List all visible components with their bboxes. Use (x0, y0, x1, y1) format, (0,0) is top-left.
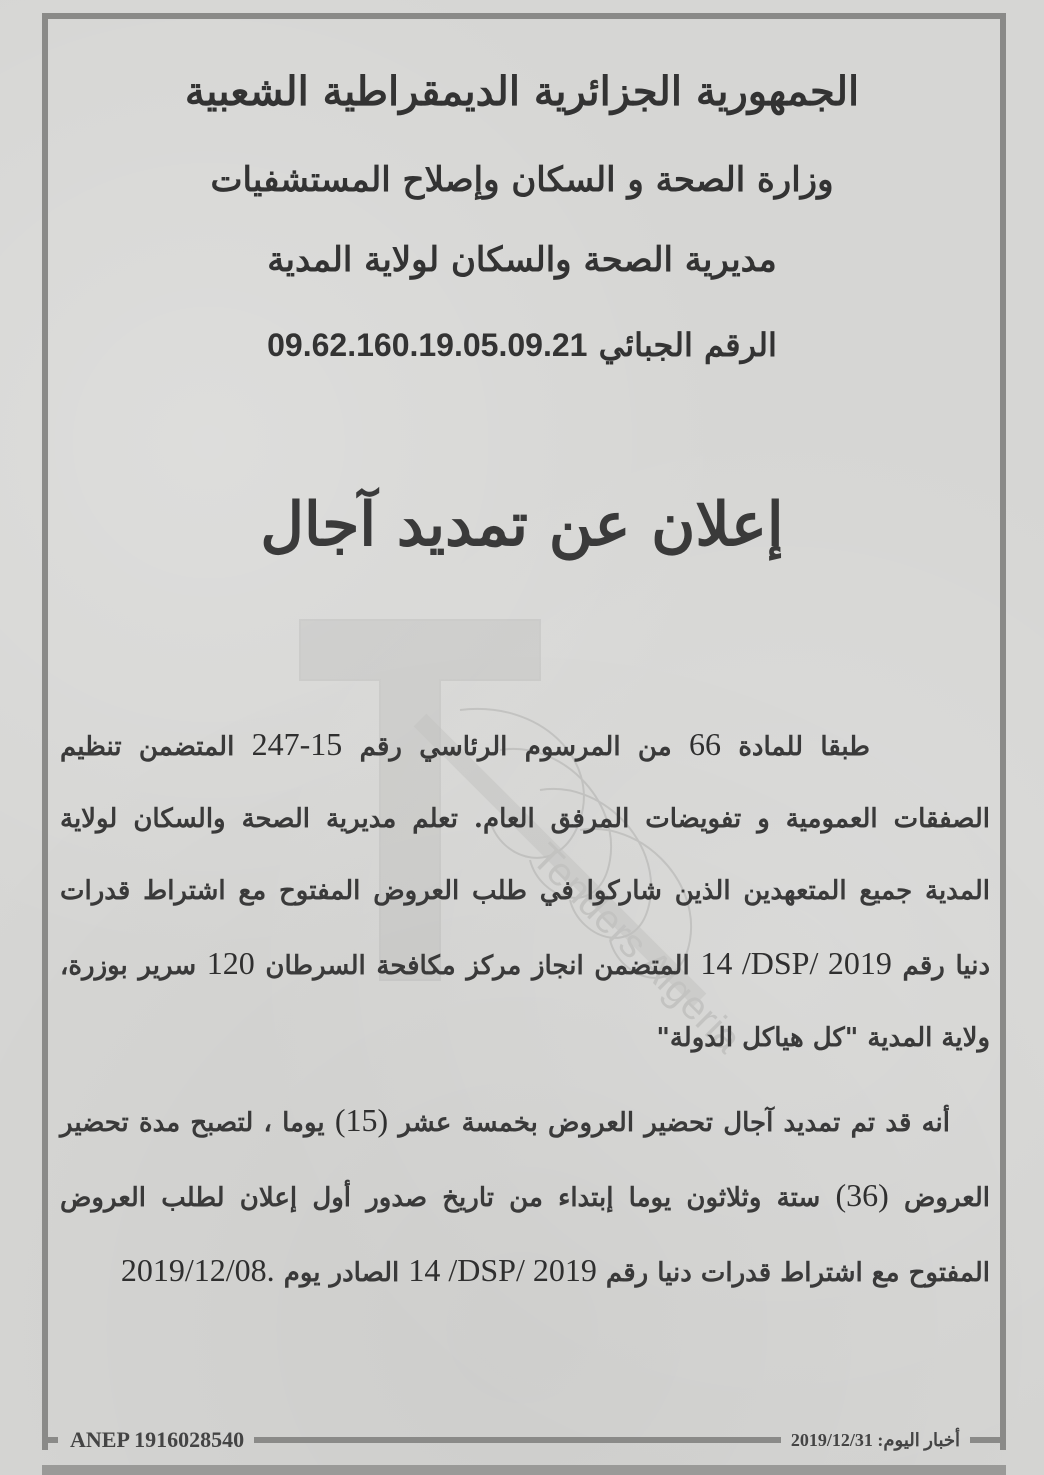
tender-reference: 14 /DSP/ 2019 (700, 945, 892, 981)
country-name: الجمهورية الجزائرية الديمقراطية الشعبية (0, 68, 1044, 115)
newspaper-source: أخبار اليوم: 2019/12/31 (791, 1430, 970, 1451)
tax-id-line: الرقم الجبائي 09.62.160.19.05.09.21 (0, 326, 1044, 364)
newspaper-label: أخبار اليوم: (877, 1430, 960, 1450)
newspaper-date: 2019/12/31 (791, 1430, 873, 1450)
extension-days: (15) (335, 1102, 388, 1138)
anep-reference: ANEP 1916028540 (58, 1427, 244, 1453)
footer-rule-left (42, 1437, 58, 1443)
p1-text-2: من المرسوم الرئاسي رقم (360, 732, 672, 762)
p2-text-1: أنه قد تم تمديد آجال تحضير العروض بخمسة … (398, 1108, 950, 1138)
article-number: 66 (689, 726, 721, 762)
paragraph-extension: أنه قد تم تمديد آجال تحضير العروض بخمسة … (60, 1084, 990, 1309)
footer-bar: ANEP 1916028540 أخبار اليوم: 2019/12/31 (42, 1425, 1006, 1455)
tax-id-label: الرقم الجبائي (599, 326, 777, 364)
p2-text-4: الصادر يوم (284, 1258, 400, 1288)
footer-rule-right (970, 1437, 1006, 1443)
total-days: (36) (835, 1177, 888, 1213)
issue-date: 2019/12/08. (121, 1252, 275, 1288)
p1-text-3: المتضمن تنظيم الصفقات العمومية و تفويضات… (60, 732, 990, 981)
tax-id-value: 09.62.160.19.05.09.21 (267, 327, 587, 363)
tender-reference-2: 14 /DSP/ 2019 (408, 1252, 596, 1288)
announcement-title: إعلان عن تمديد آجال (0, 490, 1044, 560)
p1-text-4: المتضمن انجاز مركز مكافحة السرطان (265, 951, 689, 981)
paragraph-legal-basis: طبقا للمادة 66 من المرسوم الرئاسي رقم 24… (60, 708, 990, 1074)
p1-text-1: طبقا للمادة (738, 732, 870, 762)
directorate-name: مديرية الصحة والسكان لولاية المدية (0, 240, 1044, 280)
decree-number: 247-15 (252, 726, 343, 762)
bed-count: 120 (207, 945, 255, 981)
footer-rule-middle (254, 1437, 781, 1443)
bottom-edge-strip (42, 1465, 1006, 1475)
ministry-name: وزارة الصحة و السكان وإصلاح المستشفيات (0, 160, 1044, 200)
